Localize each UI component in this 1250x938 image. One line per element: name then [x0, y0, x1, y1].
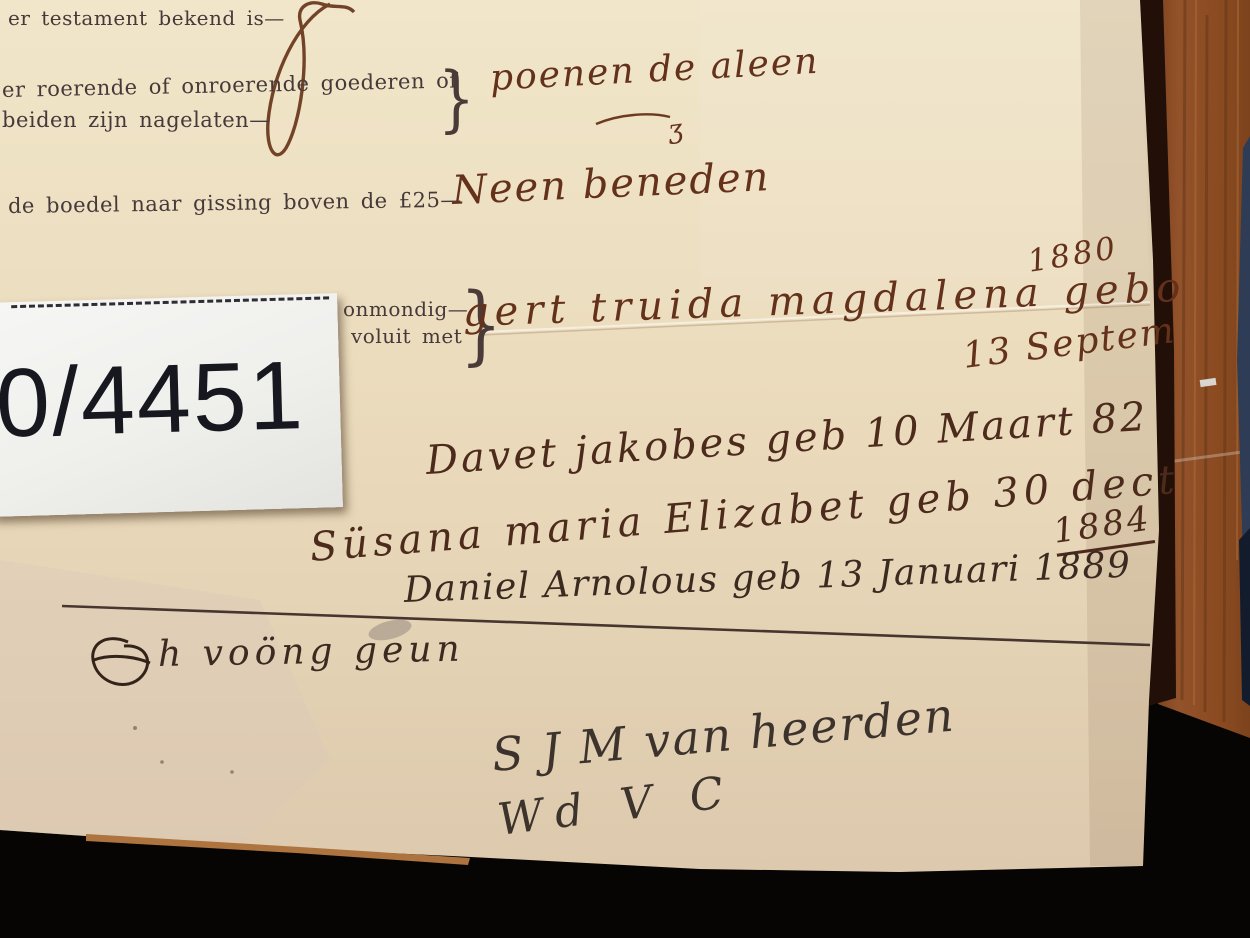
printed-question-goods-line2: beiden zijn nagelaten— [2, 108, 271, 132]
estate-document-photo: 0/4451 er testament bekend is— er roeren… [0, 0, 1250, 938]
printed-question-testament: er testament bekend is— [8, 6, 285, 30]
archive-label-number: 0/4451 [0, 345, 341, 452]
printed-question-minors-line2: voluit met [351, 324, 462, 348]
handwritten-note: h voöng geun [158, 629, 465, 675]
printed-question-minors-line1: onmondig— [343, 297, 468, 321]
archive-label: 0/4451 [0, 293, 343, 517]
brace-goods: } [438, 56, 475, 141]
